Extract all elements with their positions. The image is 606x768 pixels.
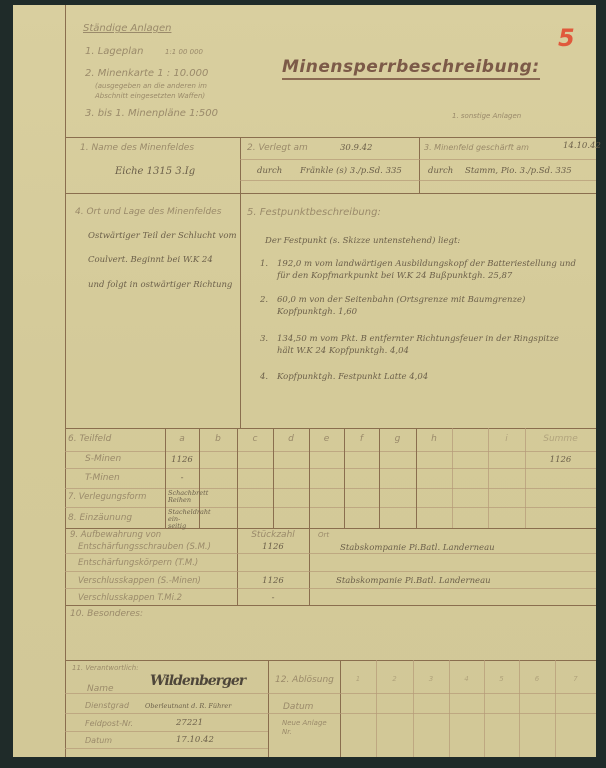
attachment-2-label: 2. Minenkarte 1 : 10.000 [85, 68, 208, 79]
divider [419, 137, 420, 193]
point-1-line-2: für den Kopfmarkpunkt bei W.K 24 Bußpunk… [277, 271, 512, 281]
section4-label: 4. Ort und Lage des Minenfeldes [75, 207, 221, 217]
point-2-line-1: 60,0 m von der Seitenbahn (Ortsgrenze mi… [277, 295, 525, 305]
section4-line-2: Coulvert. Beginnt bei W.K 24 [88, 255, 213, 265]
col-b: b [199, 434, 237, 444]
new-attachment-label: Neue Anlage Nr. [282, 719, 332, 737]
relief-col-3: 3 [413, 675, 449, 683]
divider [65, 507, 596, 508]
point-1-num: 1. [260, 259, 268, 269]
storage-row-3-place: Stabskompanie Pi.Batl. Landerneau [336, 576, 491, 586]
section4-line-1: Ostwärtiger Teil der Schlucht vom [88, 231, 237, 241]
storage-row-3-label: Verschlusskappen (S.-Minen) [78, 576, 201, 586]
col-i: i [488, 434, 525, 444]
page-title: Minensperrbeschreibung: [282, 57, 540, 80]
page-number: 5 [558, 24, 575, 52]
other-attachments: 1. sonstige Anlagen [452, 112, 521, 120]
t-mines-a: - [165, 473, 199, 483]
point-3-num: 3. [260, 334, 268, 344]
rank-label: Dienstgrad [85, 701, 129, 710]
point-3-line-2: hält W.K 24 Kopfpunktgh. 4,04 [277, 346, 409, 356]
field-minefield-name-value: Eiche 1315 3.Ig [115, 166, 195, 177]
point-4-line-1: Kopfpunktgh. Festpunkt Latte 4,04 [277, 372, 428, 382]
s-mines-sum: 1126 [525, 455, 596, 465]
field-laid-on-label: 2. Verlegt am [247, 143, 308, 153]
col-g: g [379, 434, 416, 444]
field-laid-on-date: 30.9.42 [340, 143, 372, 153]
standing-attachments-heading: Ständige Anlagen [83, 23, 171, 34]
section5-label: 5. Festpunktbeschreibung: [247, 207, 381, 218]
section11-label: 11. Verantwortlich: [72, 664, 139, 672]
divider [65, 553, 596, 554]
field-armed-on-date: 14.10.42 [563, 141, 601, 151]
storage-row-1-count: 1126 [237, 542, 309, 552]
divider [65, 605, 596, 606]
divider [240, 180, 596, 181]
col-e: e [309, 434, 344, 444]
divider [65, 451, 596, 452]
relief-col-7: 7 [555, 675, 596, 683]
attachment-1-scale: 1:1 00 000 [165, 48, 203, 56]
attachment-1-label: 1. Lageplan [85, 46, 144, 57]
laying-pattern-a: Schachbrett Reihen [168, 490, 198, 504]
responsible-date-value: 17.10.42 [176, 735, 214, 745]
field-armed-by-value: Stamm, Pio. 3./p.Sd. 335 [465, 166, 572, 176]
attachment-3-label: 3. bis 1. Minenpläne 1:500 [85, 108, 218, 119]
place-header: Ort [318, 531, 329, 539]
signature: Wildenberger [150, 673, 245, 689]
divider [65, 748, 268, 749]
divider [65, 731, 268, 732]
row-label-subfield: 6. Teilfeld [68, 434, 111, 444]
divider [240, 159, 596, 160]
section10-label: 10. Besonderes: [70, 609, 143, 619]
col-a: a [165, 434, 199, 444]
divider [65, 693, 596, 694]
divider [65, 588, 596, 589]
relief-col-5: 5 [484, 675, 519, 683]
s-mines-a: 1126 [165, 455, 199, 465]
section4-line-3: und folgt in ostwärtiger Richtung [88, 280, 232, 290]
point-2-line-2: Kopfpunktgh. 1,60 [277, 307, 357, 317]
field-minefield-name-label: 1. Name des Minenfeldes [80, 143, 194, 153]
col-h: h [416, 434, 452, 444]
fencing-a: Stacheldraht ein- seitig [168, 509, 198, 530]
section12-label: 12. Ablösung [275, 675, 334, 685]
divider [65, 571, 596, 572]
divider [65, 528, 596, 529]
row-label-laying-pattern: 7. Verlegungsform [68, 492, 146, 502]
field-post-value: 27221 [176, 718, 203, 728]
row-label-s-mines: S-Minen [85, 454, 121, 464]
attachment-2-note-1: (ausgegeben an die anderen im [95, 82, 207, 90]
field-laid-by-label: durch [257, 166, 282, 176]
col-d: d [273, 434, 309, 444]
relief-col-6: 6 [519, 675, 555, 683]
storage-row-1-label: Entschärfungsschrauben (S.M.) [78, 542, 211, 552]
storage-row-4-count: - [237, 593, 309, 603]
rank-value: Oberleutnant d. R. Führer [145, 702, 231, 710]
row-label-t-mines: T-Minen [85, 473, 120, 483]
point-3-line-1: 134,50 m vom Pkt. B entfernter Richtungs… [277, 334, 559, 344]
point-1-line-1: 192,0 m vom landwärtigen Ausbildungskopf… [277, 259, 576, 269]
relief-col-4: 4 [449, 675, 484, 683]
storage-row-3-count: 1126 [237, 576, 309, 586]
divider [452, 428, 453, 528]
divider [65, 193, 596, 194]
divider [268, 713, 596, 714]
field-laid-by-value: Fränkle (s) 3./p.Sd. 335 [300, 166, 402, 176]
divider [65, 660, 596, 661]
storage-row-1-place: Stabskompanie Pi.Batl. Landerneau [340, 543, 495, 553]
field-post-label: Feldpost-Nr. [85, 719, 133, 728]
point-2-num: 2. [260, 295, 268, 305]
col-c: c [237, 434, 273, 444]
attachment-2-note-2: Abschnitt eingesetzten Waffen) [95, 92, 205, 100]
divider [65, 713, 268, 714]
divider [309, 528, 310, 605]
divider [65, 488, 596, 489]
storage-row-4-label: Verschlusskappen T.Mi.2 [78, 593, 182, 603]
relief-date-label: Datum [283, 702, 313, 712]
divider [65, 428, 596, 429]
count-header: Stückzahl [237, 530, 309, 540]
relief-col-1: 1 [340, 675, 376, 683]
responsible-name-label: Name [87, 684, 114, 694]
col-sum: Summe [525, 434, 596, 444]
point-4-num: 4. [260, 372, 268, 382]
section5-intro: Der Festpunkt (s. Skizze untenstehend) l… [265, 236, 460, 246]
responsible-date-label: Datum [85, 736, 112, 745]
field-armed-on-label: 3. Minenfeld geschärft am [424, 143, 529, 152]
row-label-fencing: 8. Einzäunung [68, 513, 132, 523]
section9-label: 9. Aufbewahrung von [70, 530, 161, 540]
margin-line [65, 5, 66, 757]
col-f: f [344, 434, 379, 444]
storage-row-2-label: Entschärfungskörpern (T.M.) [78, 558, 198, 568]
divider [65, 468, 596, 469]
relief-col-2: 2 [376, 675, 413, 683]
divider [65, 137, 596, 138]
divider [268, 660, 269, 757]
field-armed-by-label: durch [428, 166, 453, 176]
